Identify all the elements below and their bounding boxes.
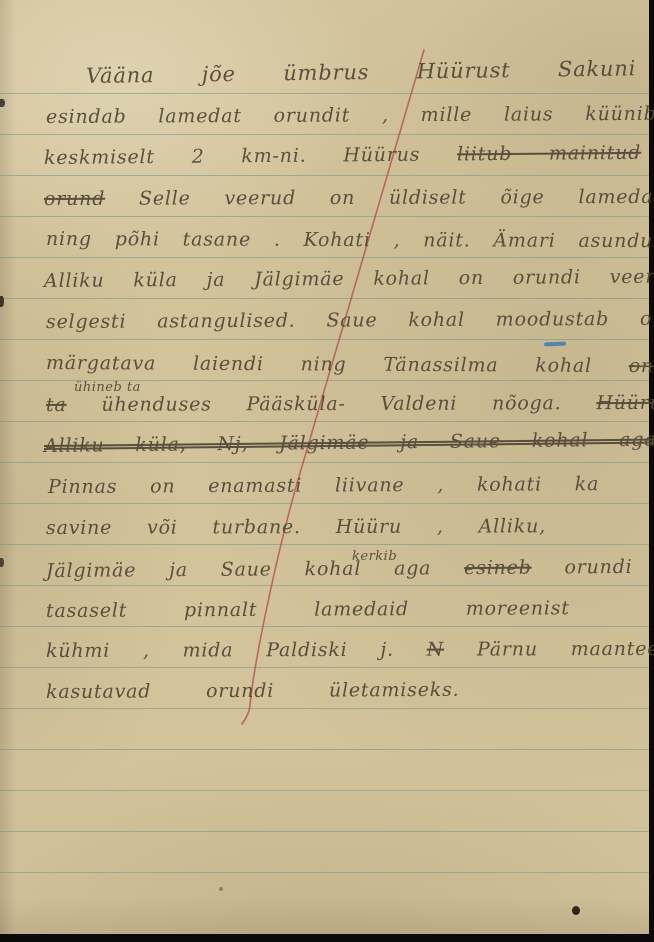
struck-text: esineb — [464, 557, 532, 579]
handwritten-line: Jälgimäe ja Saue kohal aga esineb orundi — [46, 556, 633, 582]
struck-text: on — [629, 355, 654, 377]
handwritten-line: ning põhi tasane . Kohati , näit. Ämari … — [46, 228, 654, 252]
handwritten-line: esindab lamedat orundit , mille laius kü… — [46, 103, 654, 128]
handwritten-line: kühmi , mida Paldiski j. N Pärnu maantee — [46, 638, 654, 662]
handwritten-line: savine või turbane. Hüüru , Alliku, — [46, 515, 546, 539]
text-segment: Jälgimäe ja Saue kohal aga — [46, 557, 464, 582]
interline-insertion: kerkib — [352, 549, 397, 564]
handwritten-text: Vääna jõe ümbrus Hüürust Sakuniesindab l… — [0, 0, 649, 934]
text-segment: Selle veerud on üldiselt õige lamedad — [105, 186, 654, 210]
handwritten-line: orund Selle veerud on üldiselt õige lame… — [44, 186, 654, 210]
text-segment: orundi — [532, 556, 633, 579]
struck-text: Alliku küla, Nj, Jälgimäe ja Saue kohal … — [44, 429, 654, 457]
handwritten-line: Alliku küla ja Jälgimäe kohal on orundi … — [44, 266, 654, 292]
handwritten-line: tasaselt pinnalt lamedaid moreenist — [46, 597, 570, 622]
notebook-page: Vääna jõe ümbrus Hüürust Sakuniesindab l… — [0, 0, 649, 934]
text-segment: kasutavad orundi ületamiseks. — [46, 679, 460, 703]
struck-text: ta — [46, 394, 67, 416]
text-segment: kühmi , mida Paldiski j. — [46, 639, 427, 662]
text-segment: esindab lamedat orundit , mille laius kü… — [46, 103, 654, 128]
handwritten-line: selgesti astangulised. Saue kohal moodus… — [46, 308, 654, 333]
struck-text: liitub mainitud — [457, 142, 641, 166]
text-segment: Pärnu maantee — [444, 638, 654, 661]
struck-text: Hüüru — [596, 392, 654, 414]
text-segment: keskmiselt 2 km-ni. Hüürus — [44, 143, 457, 169]
text-segment: Alliku küla ja Jälgimäe kohal on orundi … — [44, 266, 654, 292]
handwritten-line: märgatava laiendi ning Tänassilma kohal … — [46, 352, 654, 377]
struck-text: orund — [44, 188, 105, 210]
handwritten-line: ta ühenduses Pääsküla- Valdeni nõoga. Hü… — [46, 392, 654, 416]
document-photo: Vääna jõe ümbrus Hüürust Sakuniesindab l… — [0, 0, 654, 942]
text-segment: ning põhi tasane . Kohati , näit. Ämari … — [46, 228, 654, 252]
text-segment: märgatava laiendi ning Tänassilma kohal — [46, 352, 629, 377]
handwritten-line: keskmiselt 2 km-ni. Hüürus liitub mainit… — [44, 142, 641, 169]
handwritten-line: Alliku küla, Nj, Jälgimäe ja Saue kohal … — [44, 429, 654, 457]
handwritten-line: Pinnas on enamasti liivane , kohati ka — [48, 473, 599, 498]
text-segment: selgesti astangulised. Saue kohal moodus… — [46, 308, 654, 333]
text-segment: ühenduses Pääsküla- Valdeni nõoga. — [67, 392, 597, 416]
handwritten-line: kasutavad orundi ületamiseks. — [46, 679, 460, 703]
struck-text: N — [427, 639, 445, 661]
text-segment: Pinnas on enamasti liivane , kohati ka — [48, 473, 599, 498]
handwritten-title: Vääna jõe ümbrus Hüürust Sakuni — [86, 56, 636, 88]
text-segment: savine või turbane. Hüüru , Alliku, — [46, 515, 546, 539]
text-segment: Vääna jõe ümbrus Hüürust Sakuni — [86, 56, 636, 88]
interline-insertion: ühineb ta — [74, 380, 141, 395]
text-segment: tasaselt pinnalt lamedaid moreenist — [46, 597, 570, 622]
